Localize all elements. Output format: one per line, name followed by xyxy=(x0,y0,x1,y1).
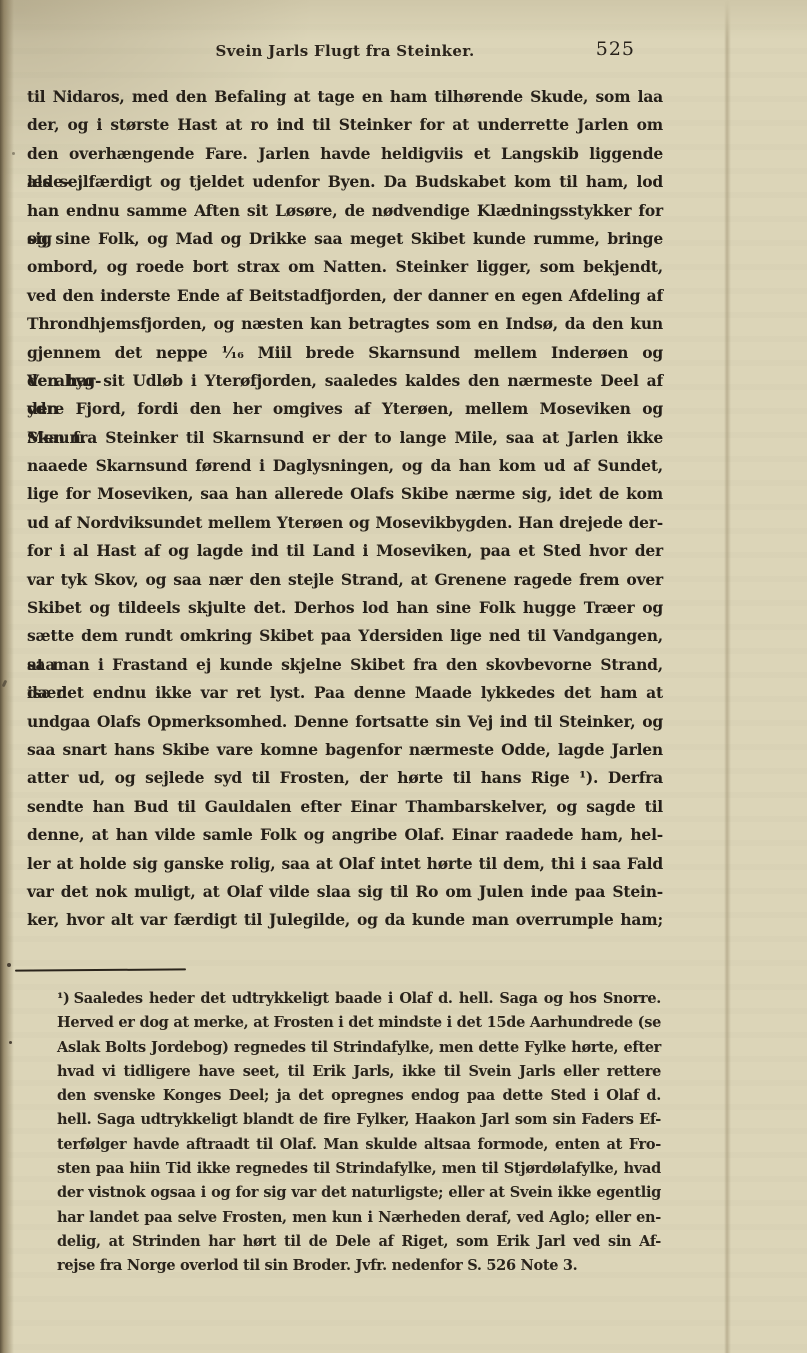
page-number: 525 xyxy=(596,38,635,60)
text-line: naaede Skarnsund førend i Daglysningen, … xyxy=(27,452,663,480)
footnote-line: hell. Saga udtrykkeligt blandt de fire F… xyxy=(57,1108,661,1132)
footnote-line: sten paa hiin Tid ikke regnedes til Stri… xyxy=(57,1157,661,1181)
body-text: til Nidaros, med den Befaling at tage en… xyxy=(27,83,663,935)
footnote-separator xyxy=(15,968,186,971)
footnote-line: Aslak Bolts Jordebog) regnedes til Strin… xyxy=(57,1036,661,1060)
text-line: og sine Folk, og Mad og Drikke saa meget… xyxy=(27,225,663,253)
text-line: da det endnu ikke var ret lyst. Paa denn… xyxy=(27,679,663,707)
text-line: sætte dem rundt omkring Skibet paa Yders… xyxy=(27,622,663,650)
text-line: Skibet og tildeels skjulte det. Derhos l… xyxy=(27,594,663,622)
footnote: ¹)Saaledes heder det udtrykkeligt baade … xyxy=(57,987,661,1279)
text-line: saa snart hans Skibe vare komne bagenfor… xyxy=(27,736,663,764)
text-line: at man i Frastand ej kunde skjelne Skibe… xyxy=(27,651,663,679)
scan-speck xyxy=(7,963,11,967)
footnote-line: har landet paa selve Frosten, men kun i … xyxy=(57,1206,661,1230)
footnote-line: hvad vi tidligere have seet, til Erik Ja… xyxy=(57,1060,661,1084)
text-line: den har sit Udløb i Yterøfjorden, saaled… xyxy=(27,367,663,395)
footnote-line: den svenske Konges Deel; ja det opregnes… xyxy=(57,1084,661,1108)
text-line: ler at holde sig ganske rolig, saa at Ol… xyxy=(27,850,663,878)
text-line: til Nidaros, med den Befaling at tage en… xyxy=(27,83,663,111)
scan-speck xyxy=(2,680,8,688)
running-header: Svein Jarls Flugt fra Steinker. 525 xyxy=(27,38,663,64)
text-line: atter ud, og sejlede syd til Frosten, de… xyxy=(27,764,663,792)
text-line: lige for Moseviken, saa han allerede Ola… xyxy=(27,480,663,508)
scan-speck xyxy=(9,1041,12,1044)
text-line: ker, hvor alt var færdigt til Julegilde,… xyxy=(27,906,663,934)
footnote-marker: ¹) xyxy=(57,990,74,1007)
footnote-line: der vistnok ogsaa i og for sig var det n… xyxy=(57,1181,661,1205)
text-line: Throndhjemsfjorden, og næsten kan betrag… xyxy=(27,310,663,338)
text-line: han endnu samme Aften sit Løsøre, de nød… xyxy=(27,197,663,225)
text-line: den overhængende Fare. Jarlen havde held… xyxy=(27,140,663,168)
text-line: denne, at han vilde samle Folk og angrib… xyxy=(27,821,663,849)
footnote-line: delig, at Strinden har hørt til de Dele … xyxy=(57,1230,661,1254)
text-line: gjennem det neppe ¹⁄₁₆ Miil brede Skarns… xyxy=(27,339,663,367)
text-line: undgaa Olafs Opmerksomhed. Denne fortsat… xyxy=(27,708,663,736)
text-line: les sejlfærdigt og tjeldet udenfor Byen.… xyxy=(27,168,663,196)
footnote-line-text: Saaledes heder det udtrykkeligt baade i … xyxy=(74,990,661,1007)
text-line: for i al Hast af og lagde ind til Land i… xyxy=(27,537,663,565)
footnote-line: rejse fra Norge overlod til sin Broder. … xyxy=(57,1254,661,1278)
scan-speck xyxy=(12,152,15,155)
text-line: var det nok muligt, at Olaf vilde slaa s… xyxy=(27,878,663,906)
footnote-line: Herved er dog at merke, at Frosten i det… xyxy=(57,1011,661,1035)
text-line: ud af Nordviksundet mellem Yterøen og Mo… xyxy=(27,509,663,537)
text-line: ombord, og roede bort strax om Natten. S… xyxy=(27,253,663,281)
text-line: Men fra Steinker til Skarnsund er der to… xyxy=(27,424,663,452)
footnote-line: ¹)Saaledes heder det udtrykkeligt baade … xyxy=(57,987,661,1011)
text-line: der, og i største Hast at ro ind til Ste… xyxy=(27,111,663,139)
running-title: Svein Jarls Flugt fra Steinker. xyxy=(27,42,663,60)
text-line: ved den inderste Ende af Beitstadfjorden… xyxy=(27,282,663,310)
book-page: Svein Jarls Flugt fra Steinker. 525 til … xyxy=(0,0,807,1353)
text-line: sendte han Bud til Gauldalen efter Einar… xyxy=(27,793,663,821)
text-line: var tyk Skov, og saa nær den stejle Stra… xyxy=(27,566,663,594)
text-line: ydre Fjord, fordi den her omgives af Yte… xyxy=(27,395,663,423)
footnote-line: terfølger havde aftraadt til Olaf. Man s… xyxy=(57,1133,661,1157)
